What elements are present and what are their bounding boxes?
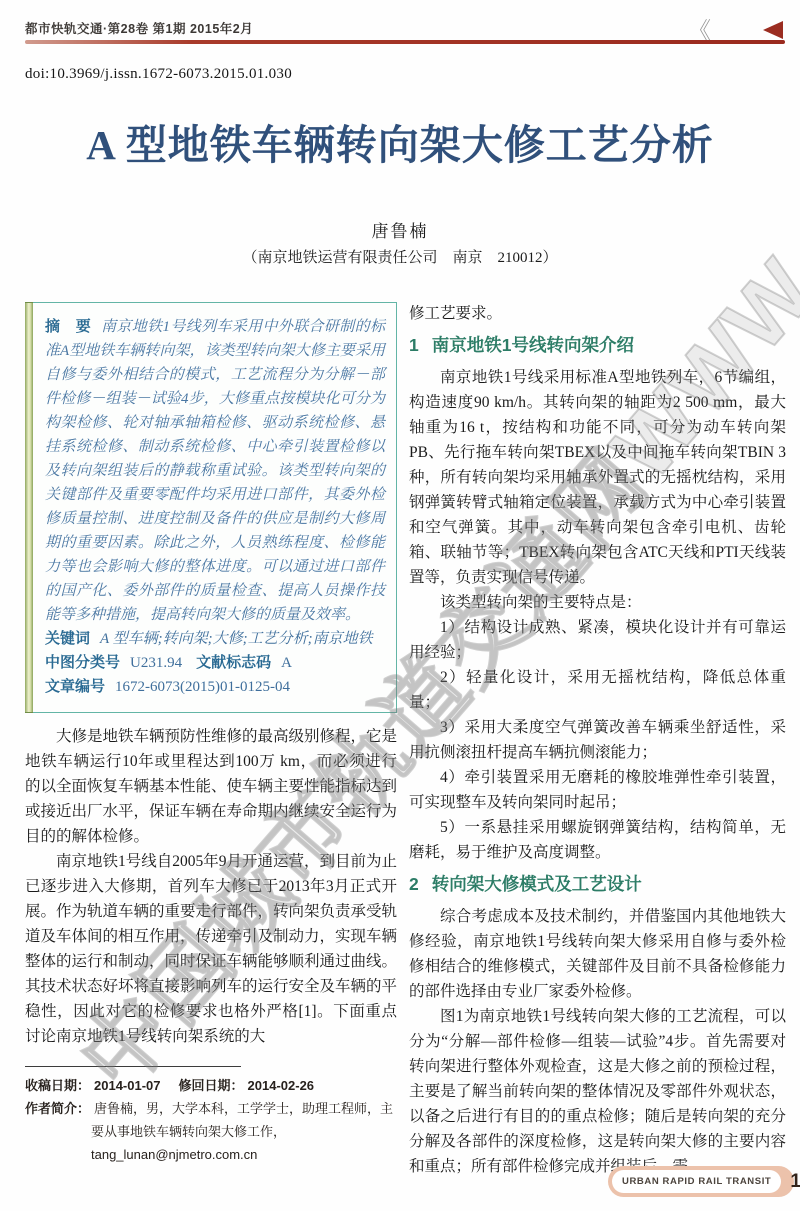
abstract-label: 摘 要: [45, 318, 91, 335]
clc-label: 中图分类号: [45, 654, 120, 671]
header-rule: [25, 40, 785, 44]
section-heading-1: 1南京地铁1号线转向架介绍: [409, 330, 786, 361]
paper-title: A 型地铁车辆转向架大修工艺分析: [0, 112, 800, 171]
bio-label: 作者简介：: [25, 1101, 90, 1116]
author-name: 唐鲁楠: [0, 217, 800, 242]
section-title: 南京地铁1号线转向架介绍: [432, 335, 634, 355]
dates-line: 收稿日期：2014-01-07修回日期：2014-02-26: [25, 1074, 400, 1097]
clc-line: 中图分类号U231.94文献标志码A: [45, 651, 385, 675]
feature-item: 5）一系悬挂采用螺旋钢弹簧结构，结构简单，无磨耗，易于维护及高度调整。: [409, 815, 786, 865]
article-id-line: 文章编号1672-6073(2015)01-0125-04: [45, 675, 385, 699]
article-id-label: 文章编号: [45, 678, 105, 695]
section-title: 转向架大修模式及工艺设计: [432, 874, 642, 894]
feature-item: 1）结构设计成熟、紧凑，模块化设计并有可靠运用经验；: [409, 615, 786, 665]
keywords-value: A 型车辆;转向架;大修;工艺分析;南京地铁: [100, 631, 373, 647]
keywords-label: 关键词: [45, 630, 90, 647]
revised-date: 2014-02-26: [248, 1078, 315, 1093]
body-paragraph: 大修是地铁车辆预防性维修的最高级别修程，它是地铁车辆运行10年或里程达到100万…: [25, 724, 397, 849]
body-paragraph: 该类型转向架的主要特点是：: [409, 590, 786, 615]
revised-label: 修回日期：: [179, 1078, 244, 1093]
doc-code-value: A: [281, 655, 292, 671]
bio-text: 唐鲁楠，男，大学本科，工学学士，助理工程师，主要从事地铁车辆转向架大修工作，ta…: [91, 1101, 393, 1162]
feature-item: 4）牵引装置采用无磨耗的橡胶堆弹性牵引装置，可实现整车及转向架同时起吊；: [409, 765, 786, 815]
abstract-paragraph: 摘 要南京地铁1号线列车采用中外联合研制的标准A型地铁车辆转向架，该类型转向架大…: [45, 315, 385, 627]
body-paragraph: 图1为南京地铁1号线转向架大修的工艺流程，可以分为“分解—部件检修—组装—试验”…: [409, 1004, 786, 1179]
section-number: 2: [409, 874, 419, 894]
keywords-line: 关键词A 型车辆;转向架;大修;工艺分析;南京地铁: [45, 627, 385, 651]
received-label: 收稿日期：: [25, 1078, 90, 1093]
author-bio-line: 作者简介：唐鲁楠，男，大学本科，工学学士，助理工程师，主要从事地铁车辆转向架大修…: [25, 1097, 400, 1166]
page-footer-badge: URBAN RAPID RAIL TRANSIT 125: [608, 1166, 794, 1197]
body-paragraph: 南京地铁1号线采用标准A型地铁列车，6节编组，构造速度90 km/h。其转向架的…: [409, 365, 786, 590]
body-paragraph: 综合考虑成本及技术制约，并借鉴国内其他地铁大修经验，南京地铁1号线转向架大修采用…: [409, 904, 786, 1004]
received-date: 2014-01-07: [94, 1078, 161, 1093]
clc-value: U231.94: [130, 655, 182, 671]
page-number: 125: [790, 1171, 800, 1193]
author-affiliation: （南京地铁运营有限责任公司 南京 210012）: [0, 246, 800, 267]
journal-info: 都市快轨交通·第28卷 第1期 2015年2月: [25, 19, 253, 37]
continuation-text: 修工艺要求。: [409, 301, 786, 326]
abstract-box: 摘 要南京地铁1号线列车采用中外联合研制的标准A型地铁车辆转向架，该类型转向架大…: [33, 302, 397, 713]
paper-page: 中国城市轨道交通网WWW 都市快轨交通·第28卷 第1期 2015年2月 《 d…: [0, 0, 800, 1211]
journal-name-en: URBAN RAPID RAIL TRANSIT: [612, 1170, 781, 1193]
body-paragraph: 南京地铁1号线自2005年9月开通运营，到目前为止已逐步进入大修期，首列车大修已…: [25, 849, 397, 1049]
abstract-text: 南京地铁1号线列车采用中外联合研制的标准A型地铁车辆转向架，该类型转向架大修主要…: [45, 319, 385, 623]
feature-item: 2）轻量化设计，采用无摇枕结构，降低总体重量；: [409, 665, 786, 715]
article-id-value: 1672-6073(2015)01-0125-04: [115, 679, 290, 695]
section-heading-2: 2转向架大修模式及工艺设计: [409, 869, 786, 900]
footnote-divider: [25, 1066, 241, 1067]
doc-code-label: 文献标志码: [196, 654, 271, 671]
right-column: 修工艺要求。 1南京地铁1号线转向架介绍 南京地铁1号线采用标准A型地铁列车，6…: [409, 301, 786, 1179]
doi: doi:10.3969/j.issn.1672-6073.2015.01.030: [25, 66, 292, 83]
left-column: 大修是地铁车辆预防性维修的最高级别修程，它是地铁车辆运行10年或里程达到100万…: [25, 724, 397, 1049]
footnote-block: 收稿日期：2014-01-07修回日期：2014-02-26 作者简介：唐鲁楠，…: [25, 1074, 400, 1166]
section-number: 1: [409, 335, 419, 355]
red-arrow-icon: [763, 21, 783, 39]
abstract-box-spine: [25, 302, 33, 713]
feature-item: 3）采用大柔度空气弹簧改善车辆乘坐舒适性，采用抗侧滚扭杆提高车辆抗侧滚能力；: [409, 715, 786, 765]
